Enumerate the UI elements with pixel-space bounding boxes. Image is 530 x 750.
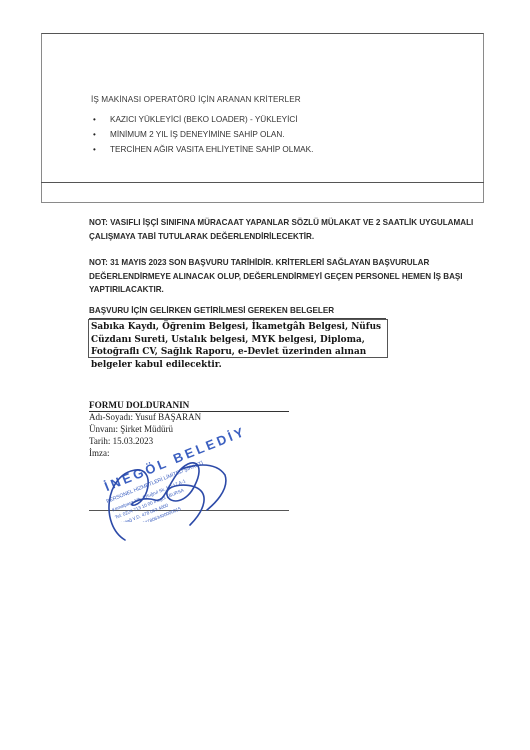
bullet-icon: • bbox=[93, 112, 96, 127]
svg-text:Kemalpaşa Mh. Ertuğrul Sk. No:: Kemalpaşa Mh. Ertuğrul Sk. No:17 A-1 bbox=[111, 478, 186, 512]
filler-date: Tarih: 15.03.2023 bbox=[89, 436, 153, 446]
svg-text:PERSONEL HİZMETLERİ LİMİTED Şİ: PERSONEL HİZMETLERİ LİMİTED ŞİRKETİ bbox=[105, 459, 204, 504]
criteria-item: •MİNİMUM 2 YIL İŞ DENEYİMİNE SAHİP OLAN. bbox=[91, 127, 313, 142]
form-filler-heading: FORMU DOLDURANIN bbox=[89, 400, 189, 410]
criteria-divider bbox=[41, 182, 484, 183]
documents-text: Sabıka Kaydı, Öğrenim Belgesi, İkametgâh… bbox=[91, 321, 391, 371]
svg-text:Uludağ V.D. 478 063 4000: Uludağ V.D. 478 063 4000 bbox=[117, 502, 169, 522]
criteria-title: İŞ MAKİNASI OPERATÖRÜ İÇİN ARANAN KRİTER… bbox=[91, 95, 301, 104]
criteria-list: •KAZICI YÜKLEYİCİ (BEKO LOADER) - YÜKLEY… bbox=[91, 112, 313, 157]
bullet-icon: • bbox=[93, 142, 96, 157]
criteria-item-text: KAZICI YÜKLEYİCİ (BEKO LOADER) - YÜKLEYİ… bbox=[110, 115, 298, 124]
filler-title: Ünvanı: Şirket Müdürü bbox=[89, 424, 173, 434]
criteria-item: •TERCİHEN AĞIR VASITA EHLİYETİNE SAHİP O… bbox=[91, 142, 313, 157]
documents-heading: BAŞVURU İÇİN GELİRKEN GETİRİLMESİ GEREKE… bbox=[89, 306, 334, 315]
note-deadline: NOT: 31 MAYIS 2023 SON BAŞVURU TARİHİDİR… bbox=[89, 256, 509, 297]
svg-text:Mersis No: 0478063400000015: Mersis No: 0478063400000015 bbox=[120, 506, 182, 522]
criteria-item-text: MİNİMUM 2 YIL İŞ DENEYİMİNE SAHİP OLAN. bbox=[110, 130, 285, 139]
form-bottom-line bbox=[89, 510, 289, 511]
criteria-item-text: TERCİHEN AĞIR VASITA EHLİYETİNE SAHİP OL… bbox=[110, 145, 313, 154]
filler-name: Adı-Soyadı: Yusuf BAŞARAN bbox=[89, 412, 201, 422]
criteria-item: •KAZICI YÜKLEYİCİ (BEKO LOADER) - YÜKLEY… bbox=[91, 112, 313, 127]
svg-text:Tel: 0224 713 10 00 İnegöl /: Tel: 0224 713 10 00 İnegöl / BURSA bbox=[114, 486, 186, 520]
filler-signature-label: İmza: bbox=[89, 448, 110, 458]
bullet-icon: • bbox=[93, 127, 96, 142]
document-page: İŞ MAKİNASI OPERATÖRÜ İÇİN ARANAN KRİTER… bbox=[0, 0, 530, 750]
note-interview: NOT: VASIFLI İŞÇİ SINIFINA MÜRACAAT YAPA… bbox=[89, 216, 509, 243]
signature-icon bbox=[95, 455, 235, 545]
